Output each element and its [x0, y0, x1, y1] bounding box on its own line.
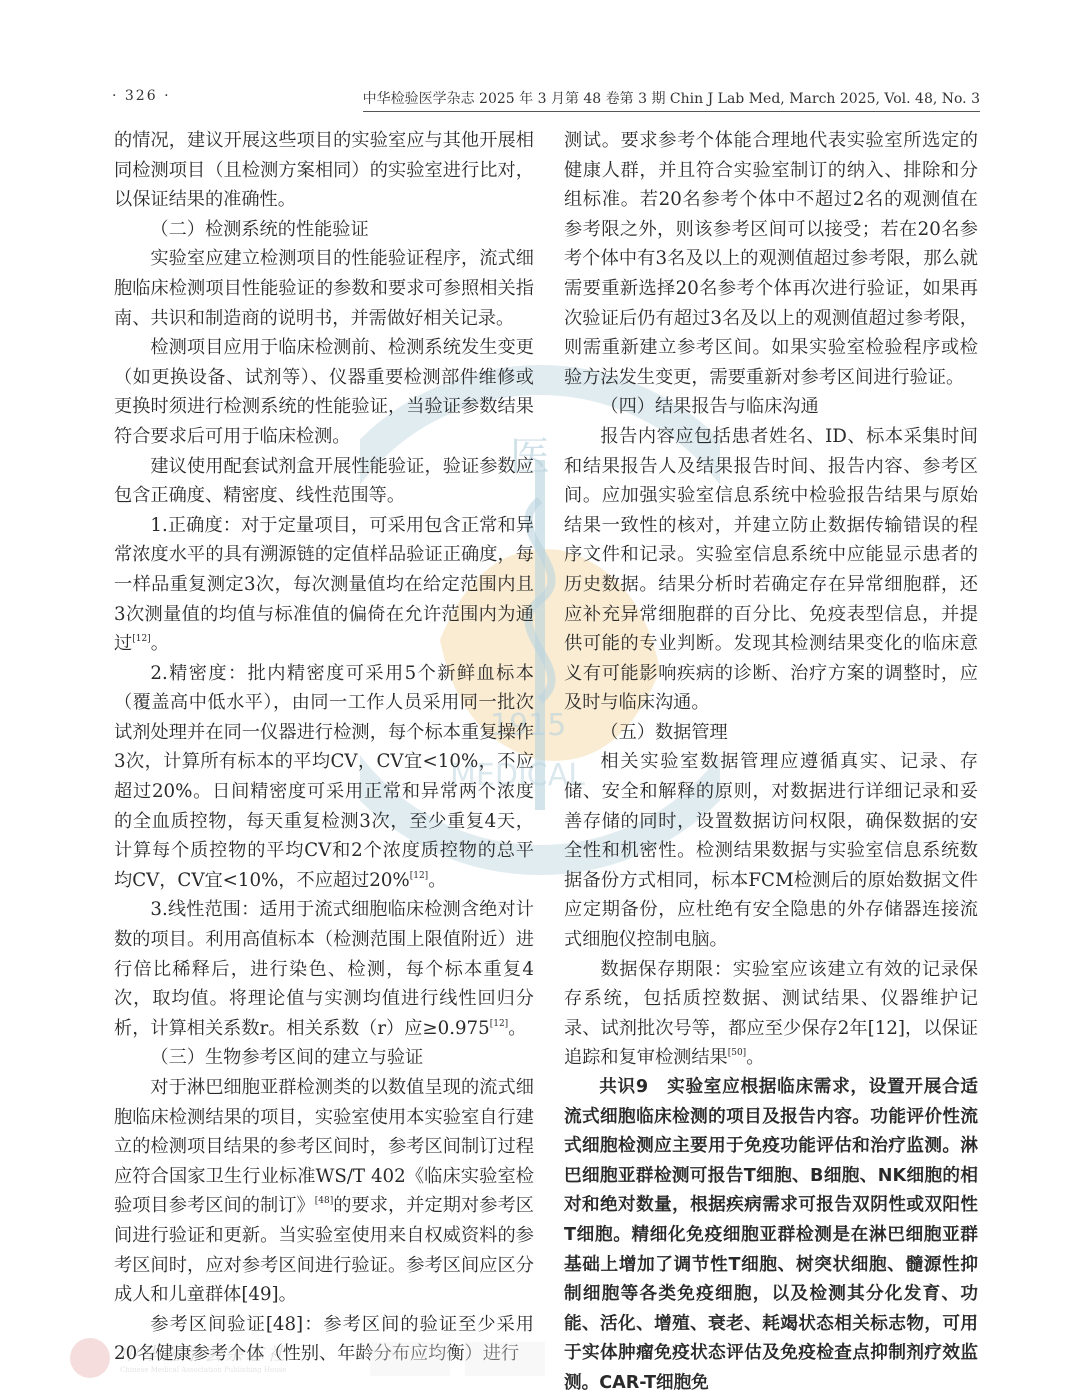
paragraph-text: 报告内容应包括患者姓名、ID、标本采集时间和结果报告人及结果报告时间、报告内容、… — [564, 426, 978, 713]
section-heading: （四）结果报告与临床沟通 — [564, 392, 978, 422]
publisher-mark-block — [465, 1342, 545, 1376]
paragraph: 共识9 实验室应根据临床需求，设置开展合适流式细胞临床检测的项目及报告内容。功能… — [564, 1073, 978, 1391]
paragraph: 3.线性范围：适用于流式细胞临床检测含绝对计数的项目。利用高值标本（检测范围上限… — [114, 895, 534, 1043]
paragraph-tail: 。 — [151, 633, 169, 654]
publisher-mark-block — [370, 1342, 450, 1376]
paragraph-tail: 。 — [428, 870, 446, 891]
citation-ref: [12] — [490, 1019, 508, 1029]
paragraph: 1.正确度：对于定量项目，可采用包含正常和异常浓度水平的具有溯源链的定值样品验证… — [114, 511, 534, 659]
paragraph-tail: 。 — [508, 1018, 526, 1039]
citation-ref: [12] — [132, 634, 150, 644]
paragraph-text: （五）数据管理 — [600, 722, 727, 743]
paragraph: 2.精密度：批内精密度可采用5个新鲜血标本（覆盖高中低水平），由同一工作人员采用… — [114, 659, 534, 896]
section-heading: （三）生物参考区间的建立与验证 — [114, 1043, 534, 1073]
citation-ref: [48] — [315, 1196, 333, 1206]
publisher-name: 中华医学会杂志社 — [120, 1340, 288, 1366]
paragraph: 对于淋巴细胞亚群检测类的以数值呈现的流式细胞临床检测结果的项目，实验室使用本实验… — [114, 1073, 534, 1310]
left-column: 的情况，建议开展这些项目的实验室应与其他开展相同检测项目（且检测方案相同）的实验… — [114, 126, 534, 1369]
paragraph-text: 共识9 实验室应根据临床需求，设置开展合适流式细胞临床检测的项目及报告内容。功能… — [564, 1077, 978, 1391]
paragraph: 测试。要求参考个体能合理地代表实验室所选定的健康人群，并且符合实验室制订的纳入、… — [564, 126, 978, 392]
paragraph-text: 2.精密度：批内精密度可采用5个新鲜血标本（覆盖高中低水平），由同一工作人员采用… — [114, 663, 534, 891]
page-number: · 326 · — [112, 88, 171, 104]
section-heading: （二）检测系统的性能验证 — [114, 215, 534, 245]
paragraph: 报告内容应包括患者姓名、ID、标本采集时间和结果报告人及结果报告时间、报告内容、… — [564, 422, 978, 718]
paragraph: 实验室应建立检测项目的性能验证程序，流式细胞临床检测项目性能验证的参数和要求可参… — [114, 244, 534, 333]
paragraph: 相关实验室数据管理应遵循真实、记录、存储、安全和解释的原则，对数据进行详细记录和… — [564, 747, 978, 954]
section-heading: （五）数据管理 — [564, 718, 978, 748]
paragraph-text: 测试。要求参考个体能合理地代表实验室所选定的健康人群，并且符合实验室制订的纳入、… — [564, 130, 978, 388]
publisher-logo: 中华医学会杂志社 Chinese Medical Association Pub… — [70, 1338, 550, 1386]
paragraph-text: 数据保存期限：实验室应该建立有效的记录保存系统，包括质控数据、测试结果、仪器维护… — [564, 959, 978, 1069]
right-column: 测试。要求参考个体能合理地代表实验室所选定的健康人群，并且符合实验室制订的纳入、… — [564, 126, 978, 1391]
publisher-seal-icon — [70, 1338, 110, 1378]
paragraph-text: 建议使用配套试剂盒开展性能验证，验证参数应包含正确度、精密度、线性范围等。 — [114, 456, 534, 507]
paragraph-text: 3.线性范围：适用于流式细胞临床检测含绝对计数的项目。利用高值标本（检测范围上限… — [114, 899, 534, 1038]
paragraph-text: （二）检测系统的性能验证 — [150, 219, 368, 240]
paragraph-text: 1.正确度：对于定量项目，可采用包含正常和异常浓度水平的具有溯源链的定值样品验证… — [114, 515, 534, 654]
paragraph: 数据保存期限：实验室应该建立有效的记录保存系统，包括质控数据、测试结果、仪器维护… — [564, 955, 978, 1073]
paragraph: 的情况，建议开展这些项目的实验室应与其他开展相同检测项目（且检测方案相同）的实验… — [114, 126, 534, 215]
citation-ref: [50] — [728, 1048, 746, 1058]
paragraph-text: （三）生物参考区间的建立与验证 — [150, 1047, 423, 1068]
paragraph-text: （四）结果报告与临床沟通 — [600, 396, 818, 417]
paragraph-tail: 。 — [746, 1047, 764, 1068]
publisher-name-en: Chinese Medical Association Publishing H… — [120, 1366, 286, 1374]
paragraph: 检测项目应用于临床检测前、检测系统发生变更（如更换设备、试剂等）、仪器重要检测部… — [114, 333, 534, 451]
paragraph-text: 实验室应建立检测项目的性能验证程序，流式细胞临床检测项目性能验证的参数和要求可参… — [114, 248, 534, 328]
paragraph-text: 相关实验室数据管理应遵循真实、记录、存储、安全和解释的原则，对数据进行详细记录和… — [564, 751, 978, 950]
citation-ref: [12] — [410, 871, 428, 881]
paragraph: 建议使用配套试剂盒开展性能验证，验证参数应包含正确度、精密度、线性范围等。 — [114, 452, 534, 511]
paragraph-text: 检测项目应用于临床检测前、检测系统发生变更（如更换设备、试剂等）、仪器重要检测部… — [114, 337, 534, 447]
running-header: · 326 · 中华检验医学杂志 2025 年 3 月第 48 卷第 3 期 C… — [112, 86, 980, 110]
journal-citation: 中华检验医学杂志 2025 年 3 月第 48 卷第 3 期 Chin J La… — [363, 88, 980, 112]
paragraph-text: 的情况，建议开展这些项目的实验室应与其他开展相同检测项目（且检测方案相同）的实验… — [114, 130, 534, 210]
